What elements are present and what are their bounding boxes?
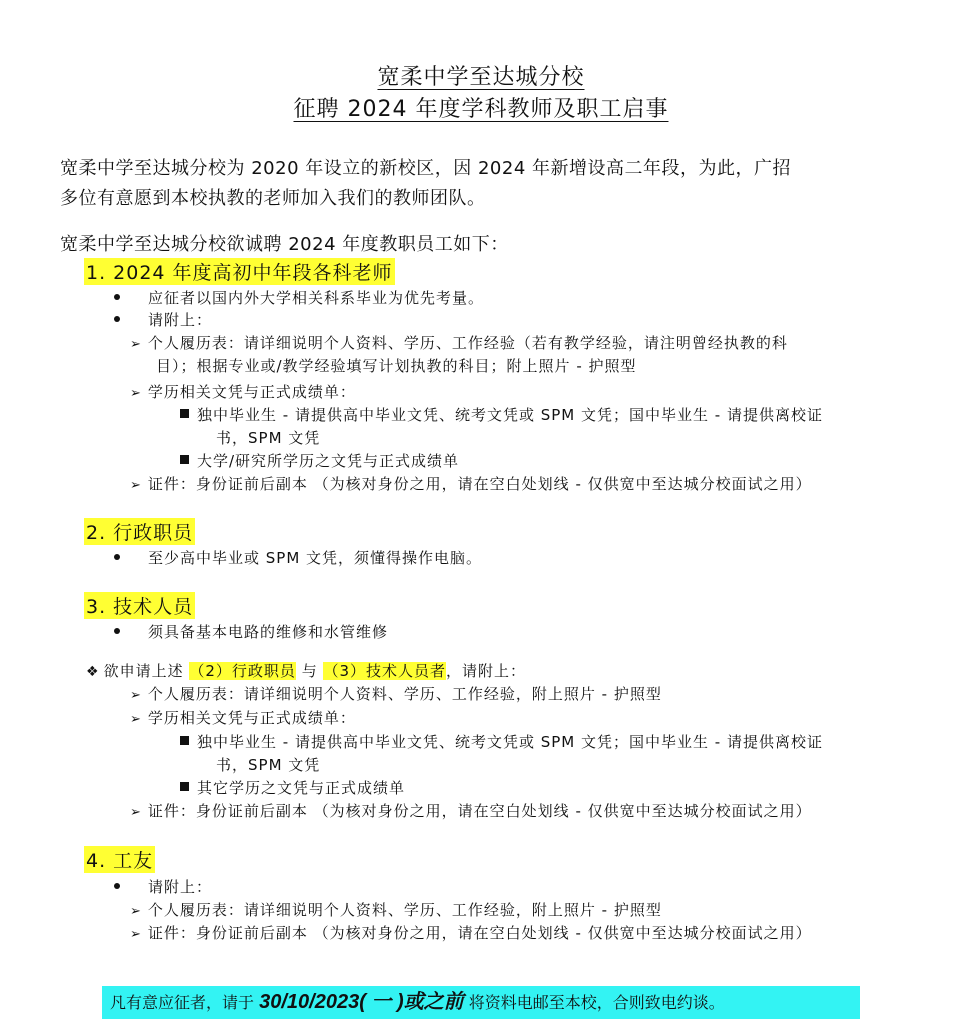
section-1-heading: 1. 2024 年度高初中年段各科老师 bbox=[84, 258, 395, 285]
section-1-sub-item: ➢个人履历表：请详细说明个人资料、学历、工作经验（若有教学经验，请注明曾经执教的… bbox=[130, 332, 788, 353]
note-sub-item: ➢个人履历表：请详细说明个人资料、学历、工作经验，附上照片 - 护照型 bbox=[130, 683, 662, 704]
section-4-heading: 4. 工友 bbox=[84, 846, 155, 873]
section-4-sub-item: ➢证件：身份证前后副本 （为核对身份之用，请在空白处划线 - 仅供宽中至达城分校… bbox=[130, 922, 812, 943]
arrow-bullet-icon: ➢ bbox=[130, 805, 142, 820]
section-1-sub-item: ➢证件：身份证前后副本 （为核对身份之用，请在空白处划线 - 仅供宽中至达城分校… bbox=[130, 473, 812, 494]
note-sub-item: ➢学历相关文凭与正式成绩单： bbox=[130, 707, 356, 728]
note-square-item: 独中毕业生 - 请提供高中毕业文凭、统考文凭或 SPM 文凭；国中毕业生 - 请… bbox=[180, 731, 823, 752]
section-1-sub-item-cont: 目）；根据专业或/教学经验填写计划执教的科目；附上照片 - 护照型 bbox=[156, 355, 637, 376]
section-1-bullet: 应征者以国内外大学相关科系毕业为优先考量。 bbox=[114, 287, 484, 308]
bullet-icon bbox=[114, 628, 120, 634]
bullet-icon bbox=[114, 316, 120, 322]
section-4-bullet: 请附上： bbox=[114, 876, 212, 897]
intro-lead: 宽柔中学至达城分校欲诚聘 2024 年度教职员工如下： bbox=[60, 230, 509, 256]
arrow-bullet-icon: ➢ bbox=[130, 688, 142, 703]
deadline-banner: 凡有意应征者，请于 30/10/2023( 一 )或之前 将资料电邮至本校，合则… bbox=[102, 986, 860, 1019]
bullet-icon bbox=[114, 294, 120, 300]
section-1-bullet: 请附上： bbox=[114, 309, 212, 330]
arrow-bullet-icon: ➢ bbox=[130, 712, 142, 727]
bullet-icon bbox=[114, 883, 120, 889]
note-applicants-2-3: ❖欲申请上述 （2）行政职员 与 （3）技术人员者，请附上： bbox=[86, 660, 526, 681]
note-highlight-tech: （3）技术人员者 bbox=[323, 662, 446, 680]
note-highlight-admin: （2）行政职员 bbox=[189, 662, 296, 680]
section-4-sub-item: ➢个人履历表：请详细说明个人资料、学历、工作经验，附上照片 - 护照型 bbox=[130, 899, 662, 920]
intro-line1: 宽柔中学至达城分校为 2020 年设立的新校区，因 2024 年新增设高二年段，… bbox=[60, 154, 791, 180]
arrow-bullet-icon: ➢ bbox=[130, 386, 142, 401]
section-3-bullet: 须具备基本电路的维修和水管维修 bbox=[114, 621, 388, 642]
intro-line2: 多位有意愿到本校执教的老师加入我们的教师团队。 bbox=[60, 184, 486, 210]
deadline-date: 30/10/2023( 一 )或之前 bbox=[259, 991, 464, 1013]
arrow-bullet-icon: ➢ bbox=[130, 478, 142, 493]
note-square-item-cont: 书，SPM 文凭 bbox=[216, 754, 320, 775]
section-1-square-item: 大学/研究所学历之文凭与正式成绩单 bbox=[180, 450, 459, 471]
arrow-bullet-icon: ➢ bbox=[130, 927, 142, 942]
bullet-icon bbox=[114, 554, 120, 560]
note-square-item: 其它学历之文凭与正式成绩单 bbox=[180, 777, 405, 798]
square-bullet-icon bbox=[180, 409, 189, 418]
doc-title-line2: 征聘 2024 年度学科教师及职工启事 bbox=[0, 92, 962, 123]
square-bullet-icon bbox=[180, 782, 189, 791]
section-1-square-item: 独中毕业生 - 请提供高中毕业文凭、统考文凭或 SPM 文凭；国中毕业生 - 请… bbox=[180, 404, 823, 425]
square-bullet-icon bbox=[180, 455, 189, 464]
square-bullet-icon bbox=[180, 736, 189, 745]
diamond-bullet-icon: ❖ bbox=[86, 664, 100, 680]
section-3-heading: 3. 技术人员 bbox=[84, 592, 195, 619]
doc-title-line1: 宽柔中学至达城分校 bbox=[0, 60, 962, 91]
section-1-square-item-cont: 书，SPM 文凭 bbox=[216, 427, 320, 448]
section-1-sub-item: ➢学历相关文凭与正式成绩单： bbox=[130, 381, 356, 402]
section-2-heading: 2. 行政职员 bbox=[84, 518, 195, 545]
note-sub-item: ➢证件：身份证前后副本 （为核对身份之用，请在空白处划线 - 仅供宽中至达城分校… bbox=[130, 800, 812, 821]
section-2-bullet: 至少高中毕业或 SPM 文凭，须懂得操作电脑。 bbox=[114, 547, 482, 568]
arrow-bullet-icon: ➢ bbox=[130, 337, 142, 352]
arrow-bullet-icon: ➢ bbox=[130, 904, 142, 919]
